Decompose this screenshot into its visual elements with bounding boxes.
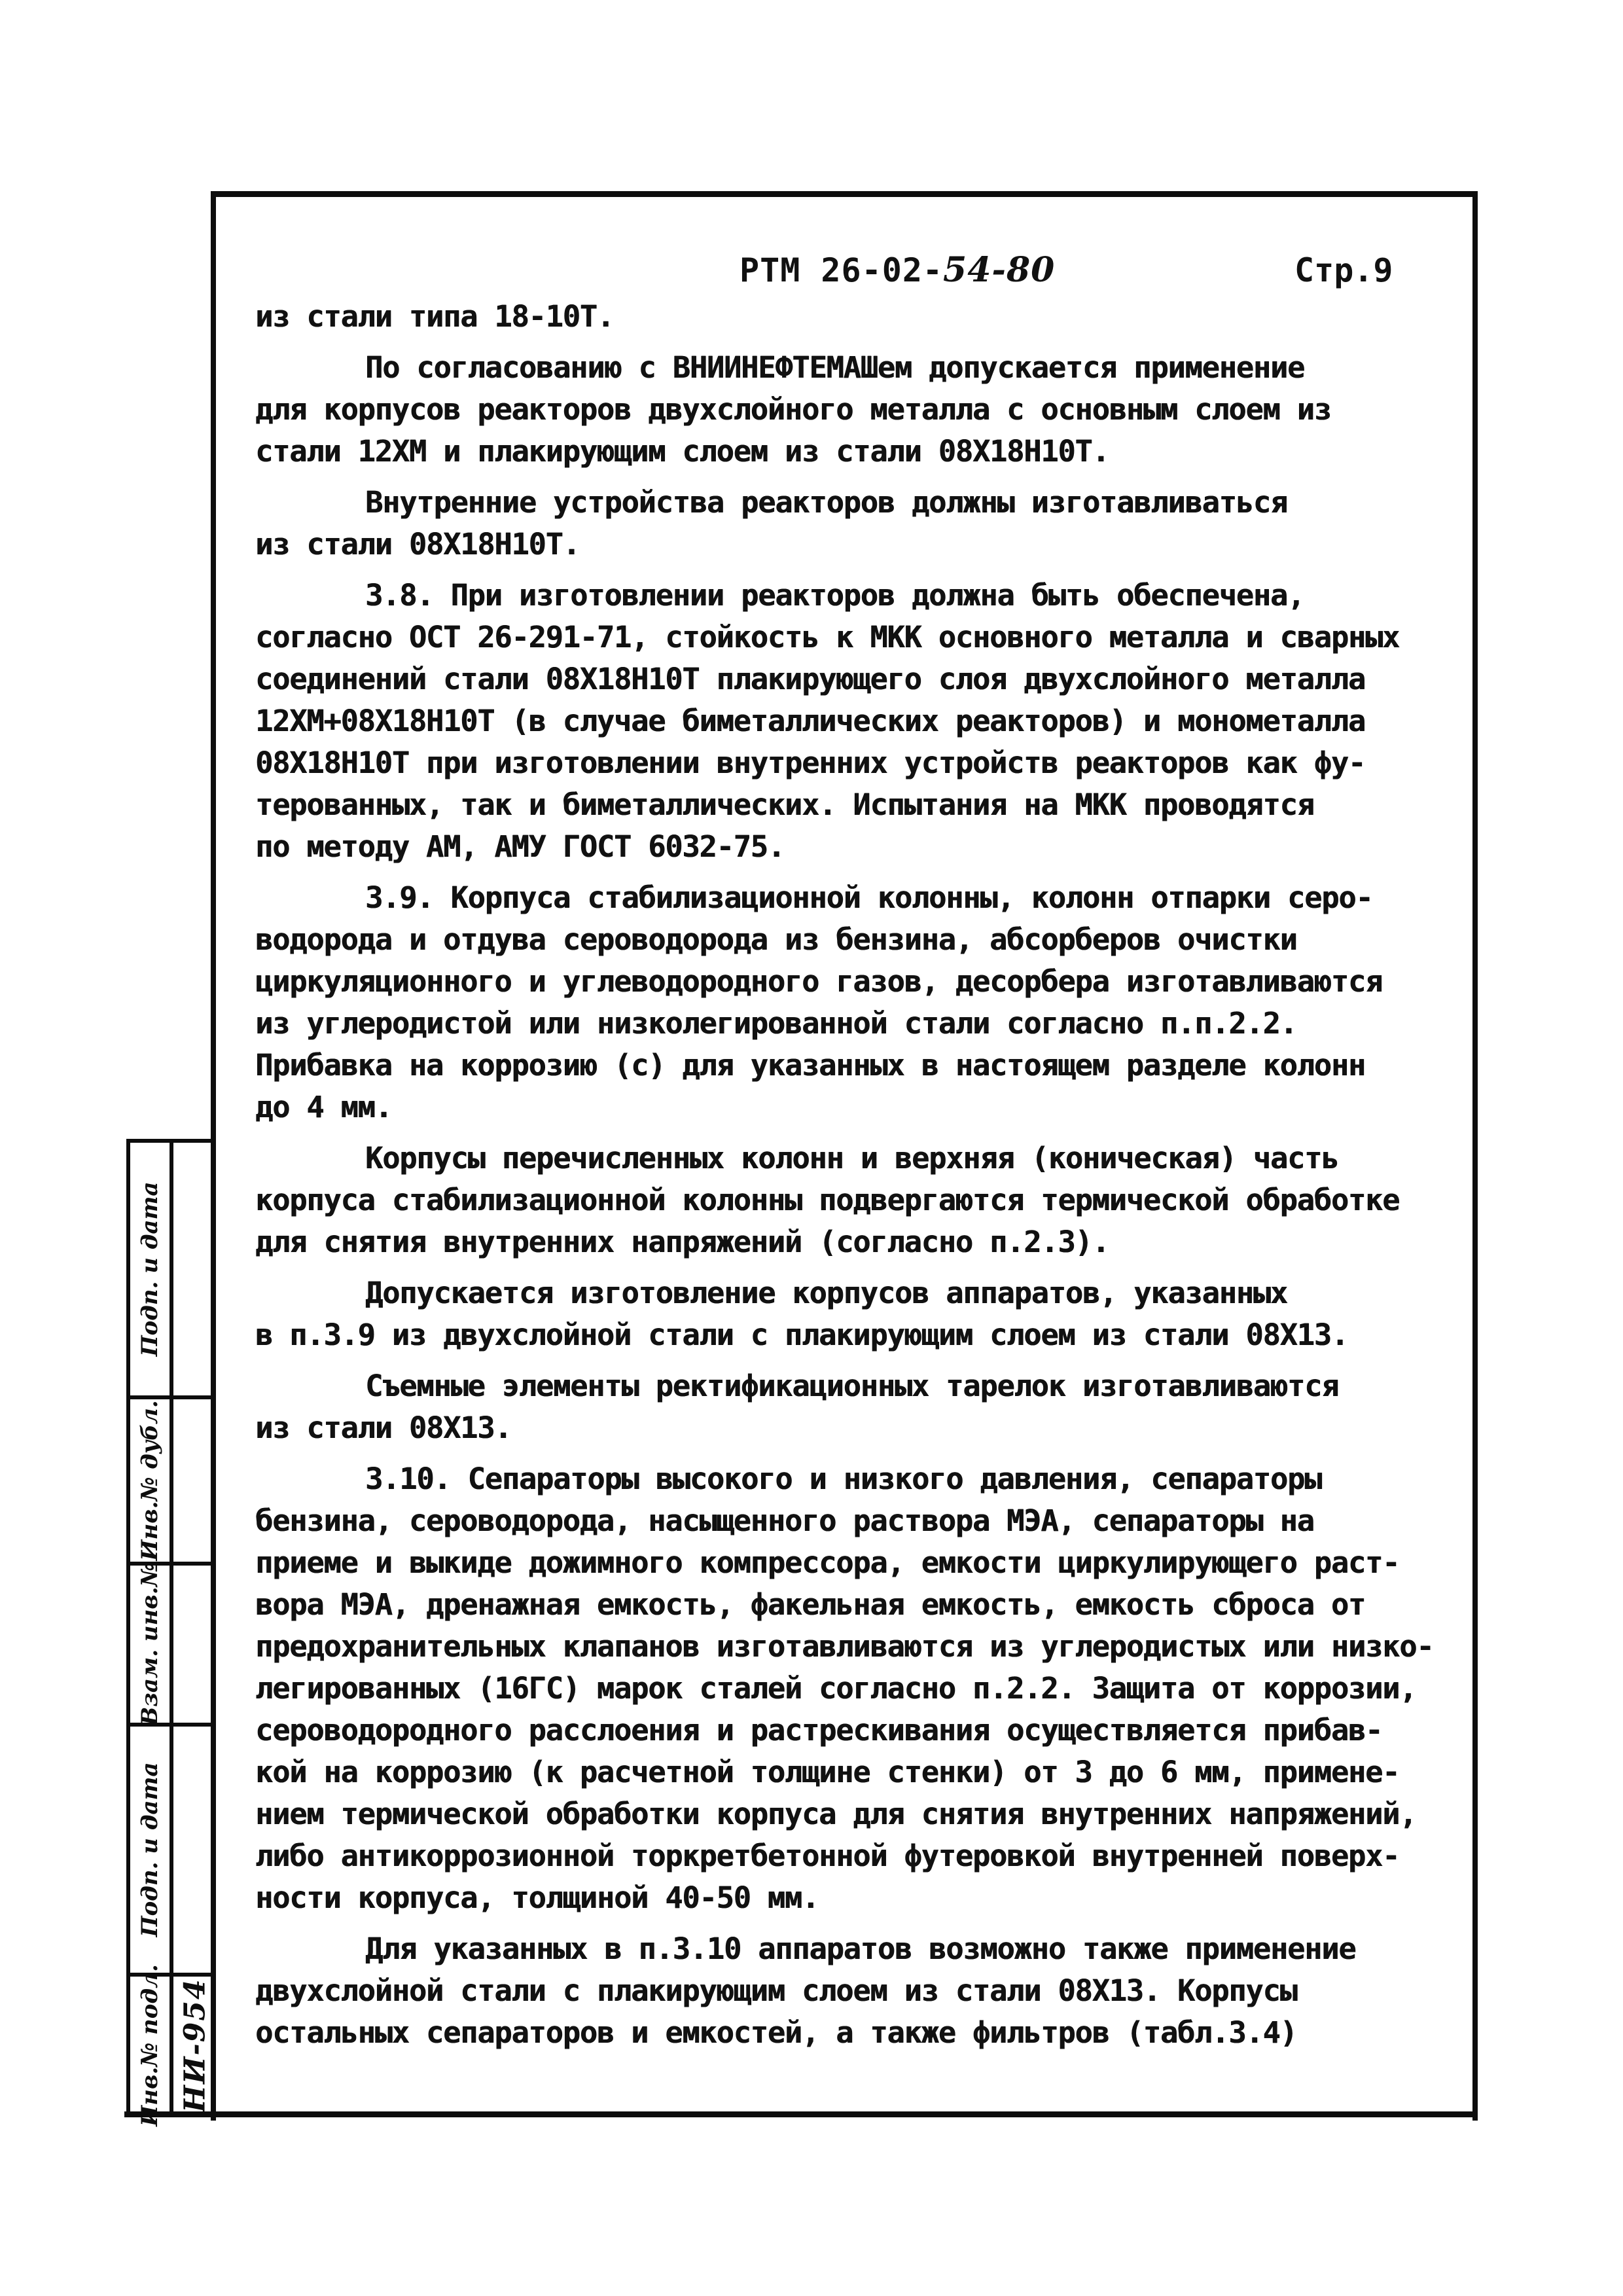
sidebar-label-cell: Инв.№ дубл. bbox=[130, 1399, 173, 1562]
frame-bottom-border bbox=[124, 2111, 1478, 2117]
paragraph: 3.9. Корпуса стабилизационной колонны, к… bbox=[255, 877, 1452, 1128]
text-line: остальных сепараторов и емкостей, а такж… bbox=[255, 2012, 1452, 2054]
text-line: легированных (16ГС) марок сталей согласн… bbox=[255, 1668, 1452, 1710]
text-line: 08Х18Н10Т при изготовлении внутренних ус… bbox=[255, 742, 1452, 784]
text-line: приеме и выкиде дожимного компрессора, е… bbox=[255, 1542, 1452, 1584]
sidebar-label-cell: Инв.№ подл. bbox=[130, 1977, 173, 2114]
frame-right-border bbox=[1472, 191, 1478, 2121]
text-line: 3.10. Сепараторы высокого и низкого давл… bbox=[255, 1458, 1452, 1500]
frame-top-border bbox=[211, 191, 1478, 197]
text-line: 3.8. При изготовлении реакторов должна б… bbox=[255, 575, 1452, 617]
sidebar-label: Инв.№ подл. bbox=[137, 1964, 163, 2126]
text-line: терованных, так и биметаллических. Испыт… bbox=[255, 784, 1452, 826]
scanned-document-page: РТМ 26-02-54-80 Стр.9 из стали типа 18-1… bbox=[0, 0, 1623, 2296]
text-line: из стали 08Х18Н10Т. bbox=[255, 524, 1452, 565]
text-line: для снятия внутренних напряжений (соглас… bbox=[255, 1221, 1452, 1263]
sidebar-label-cell: Подп. и дата bbox=[130, 1143, 173, 1395]
text-line: до 4 мм. bbox=[255, 1086, 1452, 1128]
sidebar-label: Подп. и дата bbox=[137, 1181, 163, 1356]
paragraph: По согласованию с ВНИИНЕФТЕМАШем допуска… bbox=[255, 347, 1452, 473]
text-line: По согласованию с ВНИИНЕФТЕМАШем допуска… bbox=[255, 347, 1452, 389]
text-line: Допускается изготовление корпусов аппара… bbox=[255, 1272, 1452, 1314]
paragraph: Допускается изготовление корпусов аппара… bbox=[255, 1272, 1452, 1356]
text-line: в п.3.9 из двухслойной стали с плакирующ… bbox=[255, 1314, 1452, 1356]
paragraph: 3.10. Сепараторы высокого и низкого давл… bbox=[255, 1458, 1452, 1919]
sidebar-label: Инв.№ дубл. bbox=[137, 1400, 163, 1560]
text-line: Для указанных в п.3.10 аппаратов возможн… bbox=[255, 1928, 1452, 1970]
paragraph: Внутренние устройства реакторов должны и… bbox=[255, 482, 1452, 565]
text-line: Съемные элементы ректификационных тарело… bbox=[255, 1365, 1452, 1407]
sidebar-row-inv-podl: Инв.№ подл. НИ-954 bbox=[130, 1973, 216, 2114]
text-line: циркуляционного и углеводородного газов,… bbox=[255, 961, 1452, 1003]
text-line: по методу АМ, АМУ ГОСТ 6032-75. bbox=[255, 826, 1452, 868]
text-line: согласно ОСТ 26-291-71, стойкость к МКК … bbox=[255, 617, 1452, 658]
sidebar-value-cell: НИ-954 bbox=[173, 1977, 216, 2114]
sidebar-inventory-number: НИ-954 bbox=[178, 1978, 211, 2112]
sidebar-value-cell bbox=[173, 1727, 216, 1973]
sidebar-value-cell bbox=[173, 1399, 216, 1562]
paragraph: Для указанных в п.3.10 аппаратов возможн… bbox=[255, 1928, 1452, 2054]
text-line: нием термической обработки корпуса для с… bbox=[255, 1793, 1452, 1835]
sidebar-label: Взам. инв.№ bbox=[137, 1562, 163, 1725]
text-line: из стали 08Х13. bbox=[255, 1407, 1452, 1449]
sidebar-row-sign-date-1: Подп. и дата bbox=[130, 1139, 216, 1395]
paragraph: Съемные элементы ректификационных тарело… bbox=[255, 1365, 1452, 1449]
text-line: корпуса стабилизационной колонны подверг… bbox=[255, 1179, 1452, 1221]
document-code-typed: РТМ 26-02- bbox=[740, 251, 943, 289]
paragraph: из стали типа 18-10Т. bbox=[255, 296, 1452, 338]
paragraph: 3.8. При изготовлении реакторов должна б… bbox=[255, 575, 1452, 868]
text-line: сероводородного расслоения и растрескива… bbox=[255, 1710, 1452, 1751]
text-line: ности корпуса, толщиной 40-50 мм. bbox=[255, 1877, 1452, 1919]
text-line: вора МЭА, дренажная емкость, факельная е… bbox=[255, 1584, 1452, 1626]
text-line: Корпусы перечисленных колонн и верхняя (… bbox=[255, 1138, 1452, 1179]
text-line: либо антикоррозионной торкретбетонной фу… bbox=[255, 1835, 1452, 1877]
text-line: кой на коррозию (к расчетной толщине сте… bbox=[255, 1751, 1452, 1793]
sidebar-row-sign-date-2: Подп. и дата bbox=[130, 1723, 216, 1973]
text-line: для корпусов реакторов двухслойного мета… bbox=[255, 389, 1452, 431]
sidebar-label-cell: Подп. и дата bbox=[130, 1727, 173, 1973]
text-line: Внутренние устройства реакторов должны и… bbox=[255, 482, 1452, 524]
gost-frame-sidebar: Подп. и дата Инв.№ дубл. Взам. инв.№ Под… bbox=[126, 1139, 216, 2114]
page-number: Стр.9 bbox=[1294, 251, 1393, 289]
text-line: двухслойной стали с плакирующим слоем из… bbox=[255, 1970, 1452, 2012]
text-line: бензина, сероводорода, насыщенного раств… bbox=[255, 1500, 1452, 1542]
document-code-handwritten: 54-80 bbox=[943, 250, 1055, 290]
text-line: 12ХМ+08Х18Н10Т (в случае биметаллических… bbox=[255, 700, 1452, 742]
sidebar-value-cell bbox=[173, 1143, 216, 1395]
sidebar-value-cell bbox=[173, 1566, 216, 1723]
document-code: РТМ 26-02-54-80 bbox=[740, 250, 1055, 290]
sidebar-row-vzam-inv: Взам. инв.№ bbox=[130, 1562, 216, 1723]
text-line: соединений стали 08Х18Н10Т плакирующего … bbox=[255, 658, 1452, 700]
text-line: из стали типа 18-10Т. bbox=[255, 296, 1452, 338]
document-body: из стали типа 18-10Т.По согласованию с В… bbox=[255, 296, 1452, 2063]
sidebar-label-cell: Взам. инв.№ bbox=[130, 1566, 173, 1723]
text-line: водорода и отдува сероводорода из бензин… bbox=[255, 919, 1452, 961]
text-line: стали 12ХМ и плакирующим слоем из стали … bbox=[255, 431, 1452, 473]
paragraph: Корпусы перечисленных колонн и верхняя (… bbox=[255, 1138, 1452, 1263]
text-line: 3.9. Корпуса стабилизационной колонны, к… bbox=[255, 877, 1452, 919]
text-line: из углеродистой или низколегированной ст… bbox=[255, 1003, 1452, 1045]
text-line: Прибавка на коррозию (с) для указанных в… bbox=[255, 1045, 1452, 1086]
text-line: предохранительных клапанов изготавливают… bbox=[255, 1626, 1452, 1668]
sidebar-label: Подп. и дата bbox=[137, 1762, 163, 1937]
sidebar-row-inv-dubl: Инв.№ дубл. bbox=[130, 1395, 216, 1562]
